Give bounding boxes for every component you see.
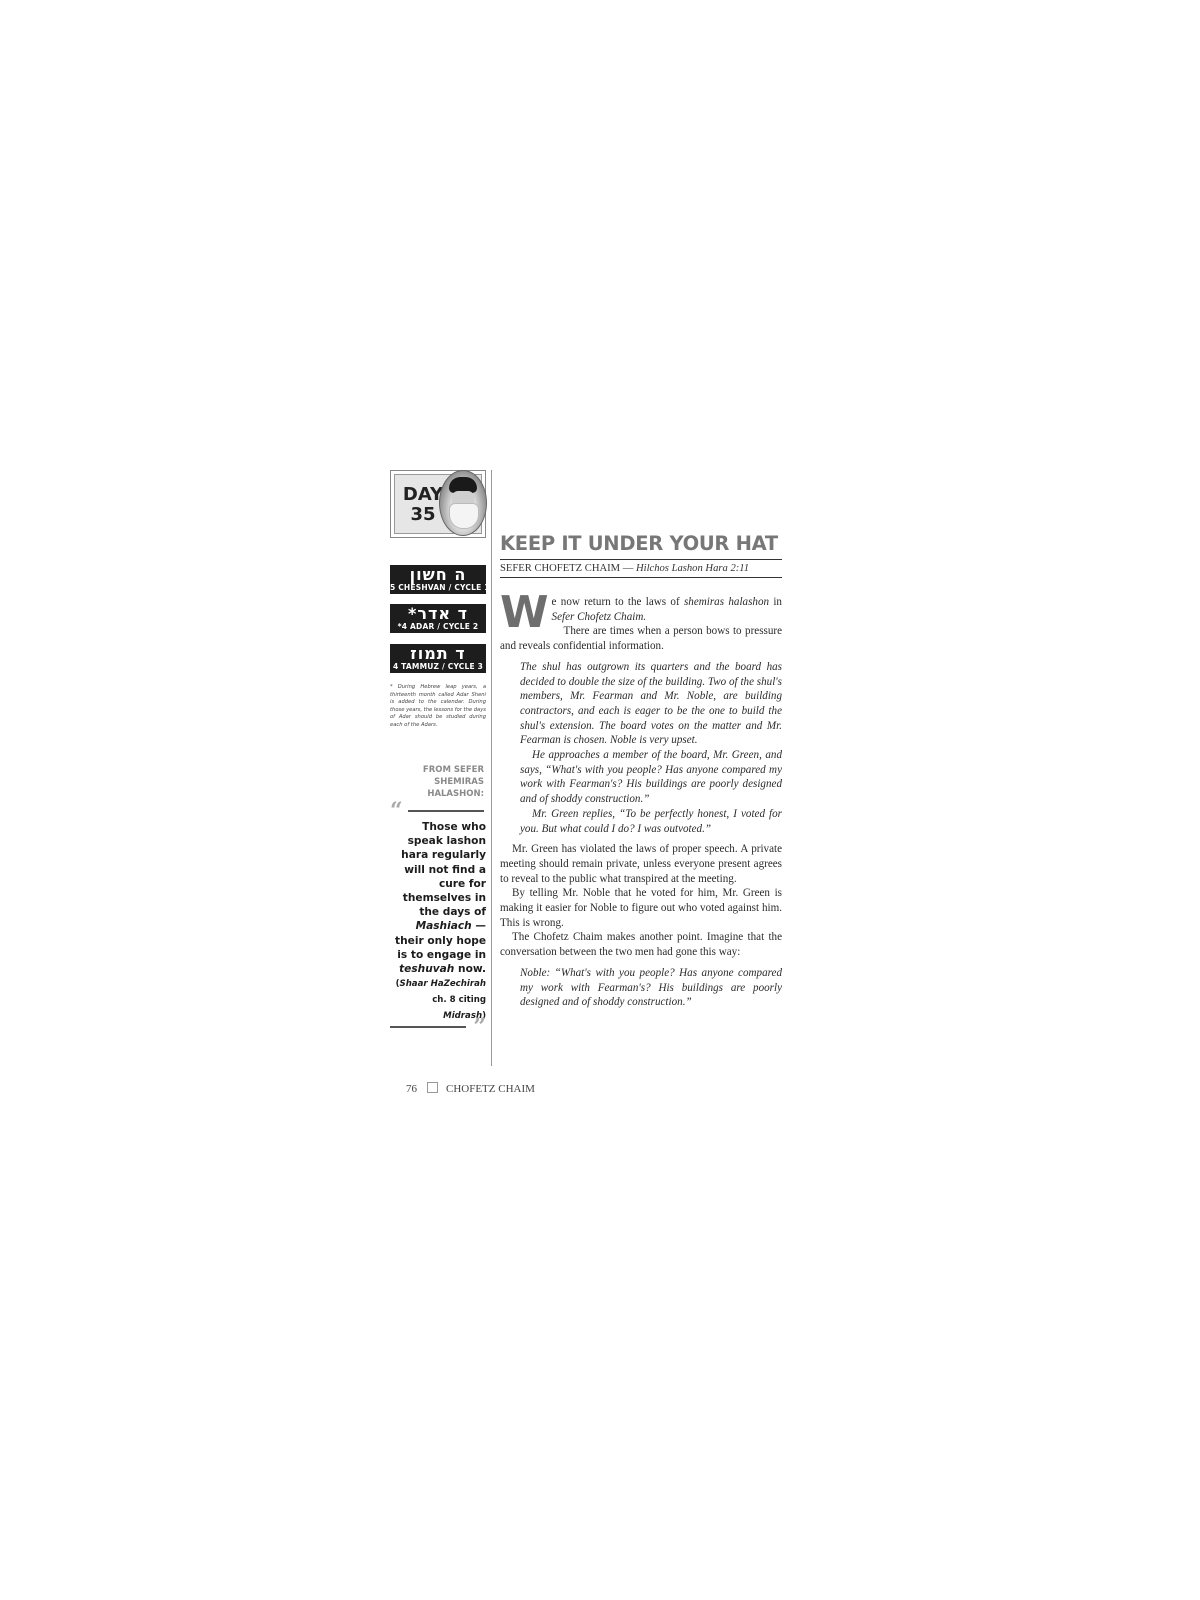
leap-year-note: * During Hebrew leap years, a thirteenth… <box>390 684 486 730</box>
drop-cap: W <box>500 595 549 629</box>
quote-close-rule: ” <box>390 1020 486 1034</box>
date-tag-cycle-2: ד אדר* *4 ADAR / CYCLE 2 <box>390 604 486 633</box>
story-paragraph: Mr. Green replies, “To be perfectly hone… <box>520 807 782 836</box>
page-number: 76 <box>406 1083 417 1095</box>
hebrew-date: ד תמוז <box>390 644 486 662</box>
paragraph: Mr. Green has violated the laws of prope… <box>500 842 782 886</box>
date-tag-cycle-3: ד תמוז 4 TAMMUZ / CYCLE 3 <box>390 644 486 673</box>
book-title: CHOFETZ CHAIM <box>446 1083 535 1095</box>
day-badge: DAY 35 <box>390 470 486 538</box>
story-block-2: Noble: “What's with you people? Has anyo… <box>520 966 782 1010</box>
story-paragraph: The shul has outgrown its quarters and t… <box>520 660 782 748</box>
hebrew-date: ד אדר* <box>390 604 486 622</box>
english-date: 5 CHESHVAN / CYCLE 1 <box>390 583 486 594</box>
intro-paragraph: We now return to the laws of shemiras ha… <box>500 595 782 624</box>
open-quote-icon: “ <box>390 800 403 822</box>
paragraph: By telling Mr. Noble that he voted for h… <box>500 886 782 930</box>
story-block: The shul has outgrown its quarters and t… <box>520 660 782 836</box>
hebrew-date: ה חשון <box>390 565 486 583</box>
story-paragraph: Noble: “What's with you people? Has anyo… <box>520 966 782 1010</box>
date-tag-cycle-1: ה חשון 5 CHESHVAN / CYCLE 1 <box>390 565 486 594</box>
quote-open-rule: “ <box>390 804 486 818</box>
page-title: KEEP IT UNDER YOUR HAT <box>500 532 782 556</box>
square-separator-icon <box>427 1082 438 1093</box>
article-body: We now return to the laws of shemiras ha… <box>500 595 782 1016</box>
portrait-image <box>439 470 487 536</box>
book-page: DAY 35 ה חשון 5 CHESHVAN / CYCLE 1 ד אדר… <box>390 470 790 1110</box>
english-date: 4 TAMMUZ / CYCLE 3 <box>390 662 486 673</box>
column-divider <box>491 470 492 1066</box>
source-reference: SEFER CHOFETZ CHAIM — Hilchos Lashon Har… <box>500 562 782 576</box>
pull-quote: Those who speak lashon hara regularly wi… <box>390 820 486 1024</box>
paragraph: The Chofetz Chaim makes another point. I… <box>500 930 782 959</box>
english-date: *4 ADAR / CYCLE 2 <box>390 622 486 633</box>
page-footer: 76CHOFETZ CHAIM <box>406 1082 535 1095</box>
close-quote-icon: ” <box>473 1016 486 1038</box>
quote-source-label: FROM SEFER SHEMIRAS HALASHON: <box>390 764 484 800</box>
story-paragraph: He approaches a member of the board, Mr.… <box>520 748 782 807</box>
